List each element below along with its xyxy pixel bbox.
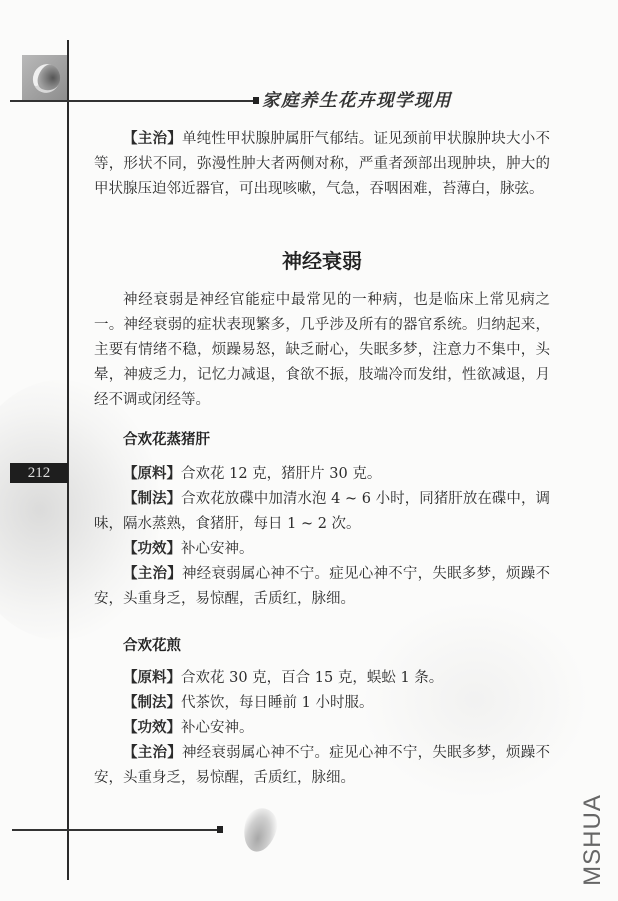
recipe-entry: 【制法】合欢花放碟中加清水泡 4 ~ 6 小时，同猪肝放在碟中，调味，隔水蒸熟，… xyxy=(94,487,550,537)
corner-logo-icon xyxy=(22,55,68,100)
header-rule xyxy=(10,100,254,102)
entry-text: 代茶饮，每日睡前 1 小时服。 xyxy=(181,695,373,711)
leaf-ornament-icon xyxy=(239,805,281,856)
entry-label: 【主治】 xyxy=(123,131,182,147)
entry-label: 【功效】 xyxy=(123,720,181,736)
entry-label: 【主治】 xyxy=(123,566,182,582)
recipe-entry: 【制法】代茶饮，每日睡前 1 小时服。 xyxy=(94,691,550,716)
recipe-entry: 【功效】补心安神。 xyxy=(94,537,550,562)
footer-rule-end-square xyxy=(217,826,223,833)
entry-label: 【原料】 xyxy=(123,670,181,686)
running-title: 家庭养生花卉现学现用 xyxy=(262,87,452,112)
recipe-entry: 【主治】神经衰弱属心神不宁。症见心神不宁，失眠多梦，烦躁不安，头重身乏，易惊醒，… xyxy=(94,741,550,791)
recipe-entry: 【原料】合欢花 12 克，猪肝片 30 克。 xyxy=(94,462,550,487)
recipe-title: 合欢花煎 xyxy=(123,634,181,655)
entry-label: 【制法】 xyxy=(123,695,181,711)
section-title: 神经衰弱 xyxy=(94,245,550,274)
entry-label: 【制法】 xyxy=(123,491,181,507)
recipe-entry: 【主治】神经衰弱属心神不宁。症见心神不宁，失眠多梦，烦躁不安，头重身乏，易惊醒，… xyxy=(94,562,550,612)
entry-label: 【原料】 xyxy=(123,466,181,482)
watermark: MSHUA xyxy=(578,790,608,890)
page-number: 212 xyxy=(10,463,68,483)
entry-text: 补心安神。 xyxy=(181,720,254,736)
vertical-margin-rule xyxy=(67,40,69,880)
entry-text: 合欢花 30 克，百合 15 克，蜈蚣 1 条。 xyxy=(181,670,443,686)
header-rule-end-square xyxy=(253,97,259,104)
recipe-title: 合欢花蒸猪肝 xyxy=(123,428,210,449)
book-page: 家庭养生花卉现学现用 212 【主治】单纯性甲状腺肿属肝气郁结。证见颈前甲状腺肿… xyxy=(0,0,618,901)
entry-text: 合欢花 12 克，猪肝片 30 克。 xyxy=(181,466,381,482)
recipe-entry: 【原料】合欢花 30 克，百合 15 克，蜈蚣 1 条。 xyxy=(94,666,550,691)
entry-label: 【主治】 xyxy=(123,745,182,761)
entry-label: 【功效】 xyxy=(123,541,181,557)
section-description: 神经衰弱是神经官能症中最常见的一种病，也是临床上常见病之一。神经衰弱的症状表现繁… xyxy=(94,288,550,413)
intro-entry: 【主治】单纯性甲状腺肿属肝气郁结。证见颈前甲状腺肿块大小不等，形状不同，弥漫性肿… xyxy=(94,127,550,202)
watermark-text: MSHUA xyxy=(579,794,607,886)
entry-text: 补心安神。 xyxy=(181,541,254,557)
footer-rule xyxy=(12,829,220,831)
recipe-entry: 【功效】补心安神。 xyxy=(94,716,550,741)
